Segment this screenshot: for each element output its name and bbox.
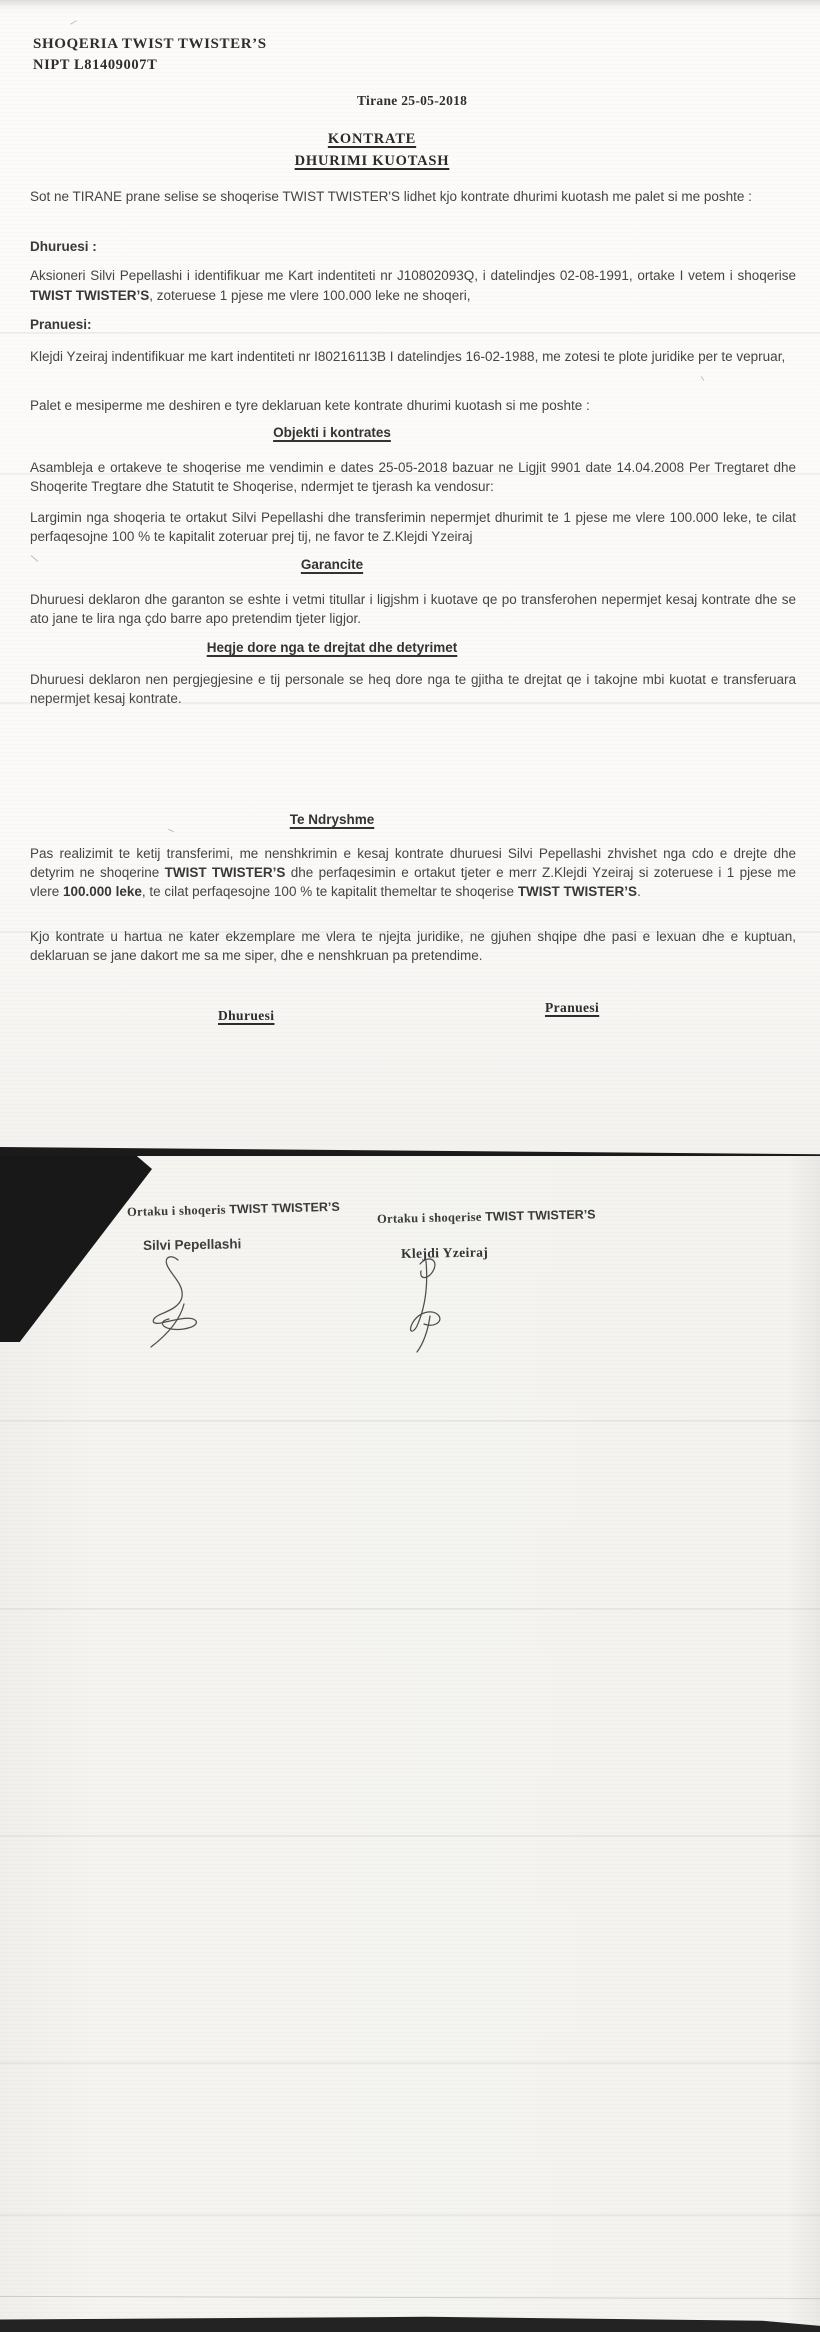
section-heading-garancite-text: Garancite bbox=[301, 557, 363, 572]
partner-role-left-prefix: Ortaku i shoqeris bbox=[127, 1203, 226, 1219]
scan-streak bbox=[0, 2062, 820, 2064]
document-title: KONTRATE DHURIMI KUOTASH bbox=[0, 128, 744, 172]
scan-streak bbox=[0, 2214, 820, 2216]
section-heading-heqje-dore: Heqje dore nga te drejtat dhe detyrimet bbox=[0, 640, 664, 655]
place-and-date: Tirane 25-05-2018 bbox=[357, 93, 467, 109]
section-heading-te-ndryshme-text: Te Ndryshme bbox=[290, 812, 375, 827]
partner-name-silvi: Silvi Pepellashi bbox=[143, 1236, 242, 1253]
title-line-2: DHURIMI KUOTASH bbox=[295, 153, 450, 169]
signature-klejdi-yzeiraj bbox=[392, 1254, 450, 1359]
scan-streak bbox=[0, 702, 820, 704]
partner-role-right-company: TWIST TWISTER’S bbox=[485, 1207, 596, 1223]
scan-streak bbox=[0, 1608, 820, 1610]
parties-declaration-line: Palet e mesiperme me deshiren e tyre dek… bbox=[30, 396, 796, 415]
company-nipt: NIPT L81409007T bbox=[33, 57, 157, 74]
scanned-contract-document: SHOQERIA TWIST TWISTER’S NIPT L81409007T… bbox=[0, 0, 820, 2332]
objekti-paragraph-1: Asambleja e ortakeve te shoqerise me ven… bbox=[30, 458, 796, 496]
section-heading-objekti: Objekti i kontrates bbox=[0, 425, 664, 440]
scan-streak bbox=[0, 931, 820, 933]
signature-silvi-pepellashi bbox=[138, 1254, 214, 1355]
recipient-label: Pranuesi: bbox=[30, 317, 92, 332]
scan-streak bbox=[0, 1835, 820, 1837]
donor-text-end: , zoteruese 1 pjese me vlere 100.000 lek… bbox=[149, 288, 470, 303]
section-heading-heqje-dore-text: Heqje dore nga te drejtat dhe detyrimet bbox=[207, 640, 458, 655]
donor-label: Dhuruesi : bbox=[30, 239, 97, 254]
title-line-1: KONTRATE bbox=[328, 131, 416, 147]
recipient-paragraph: Klejdi Yzeiraj indentifikuar me kart ind… bbox=[30, 347, 796, 366]
donor-company-bold: TWIST TWISTER’S bbox=[30, 288, 149, 303]
partner-role-right-prefix: Ortaku i shoqerise bbox=[377, 1210, 482, 1226]
te-ndryshme-text-d: . bbox=[637, 884, 641, 899]
intro-paragraph: Sot ne TIRANE prane selise se shoqerise … bbox=[30, 186, 796, 207]
te-ndryshme-company-bold-1: TWIST TWISTER’S bbox=[165, 865, 286, 880]
objekti-paragraph-2: Largimin nga shoqeria te ortakut Silvi P… bbox=[30, 508, 796, 546]
partner-role-left-company: TWIST TWISTER’S bbox=[229, 1200, 340, 1217]
scan-streak bbox=[0, 332, 820, 334]
garancite-paragraph: Dhuruesi deklaron dhe garanton se eshte … bbox=[30, 590, 796, 628]
contract-page-1: SHOQERIA TWIST TWISTER’S NIPT L81409007T… bbox=[0, 0, 820, 1154]
donor-paragraph: Aksioneri Silvi Pepellashi i identifikua… bbox=[30, 266, 796, 306]
section-heading-objekti-text: Objekti i kontrates bbox=[273, 425, 391, 440]
signature-label-pranuesi: Pranuesi bbox=[545, 1000, 599, 1016]
te-ndryshme-company-bold-2: TWIST TWISTER’S bbox=[518, 884, 637, 899]
company-name: SHOQERIA TWIST TWISTER’S bbox=[33, 36, 267, 53]
te-ndryshme-text-c: , te cilat perfaqesojne 100 % te kapital… bbox=[142, 884, 518, 899]
section-heading-garancite: Garancite bbox=[0, 557, 664, 572]
te-ndryshme-amount-bold: 100.000 leke bbox=[63, 884, 142, 899]
scan-streak bbox=[0, 473, 820, 475]
signature-label-dhuruesi: Dhuruesi bbox=[218, 1008, 274, 1024]
scan-streak bbox=[0, 1420, 820, 1422]
te-ndryshme-paragraph-1: Pas realizimit te ketij transferimi, me … bbox=[30, 844, 796, 901]
donor-text-start: Aksioneri Silvi Pepellashi i identifikua… bbox=[30, 268, 796, 283]
section-heading-te-ndryshme: Te Ndryshme bbox=[0, 812, 664, 827]
